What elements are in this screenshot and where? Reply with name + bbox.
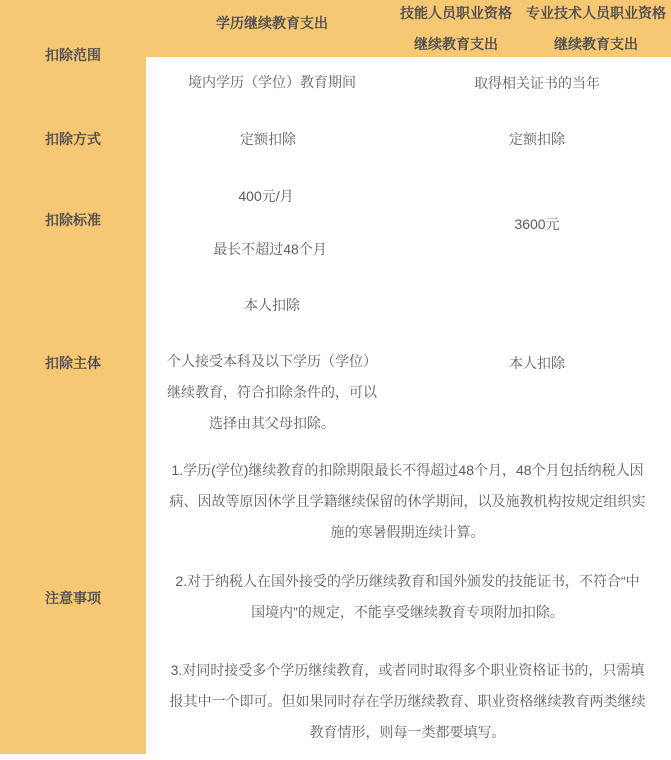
- cell-subject-degree-parents-note: 个人接受本科及以下学历（学位） 继续教育，符合扣除条件的，可以 选择由其父母扣除…: [146, 346, 398, 439]
- cell-scope-professional: 取得相关证书的当年: [474, 75, 600, 91]
- note-line: 病、因故等原因休学且学籍继续保留的休学期间，以及施教机构按规定组织实: [150, 486, 665, 517]
- row-label-deduction-subject: 扣除主体: [45, 355, 101, 371]
- cell-subject-degree-self: 本人扣除: [244, 297, 300, 313]
- cell-subject-professional-self: 本人扣除: [509, 355, 565, 371]
- cell-standard-degree-duration: 最长不超过48个月: [213, 241, 327, 257]
- row-label-deduction-scope: 扣除范围: [45, 47, 101, 63]
- cell-method-professional: 定额扣除: [509, 131, 565, 147]
- cell-method-degree: 定额扣除: [240, 131, 296, 147]
- cell-standard-degree-amount: 400元/月: [238, 188, 293, 204]
- column-header-professional-qualification-line2: 继续教育支出: [554, 36, 638, 52]
- row-label-notes: 注意事项: [45, 590, 101, 606]
- note-line: 1.学历(学位)继续教育的扣除期限最长不得超过48个月，48个月包括纳税人因: [150, 455, 665, 486]
- continuing-education-deduction-table: 学历继续教育支出 技能人员职业资格 继续教育支出 专业技术人员职业资格 继续教育…: [0, 0, 671, 760]
- note-line: 施的寒暑假期连续计算。: [150, 517, 665, 548]
- subject-note-line: 选择由其父母扣除。: [146, 408, 398, 439]
- note-line: 3.对同时接受多个学历继续教育，或者同时取得多个职业资格证书的，只需填: [150, 655, 665, 686]
- column-header-professional-qualification-line1: 专业技术人员职业资格: [526, 5, 666, 21]
- note-item-2: 2.对于纳税人在国外接受的学历继续教育和国外颁发的技能证书，不符合“中 国境内”…: [150, 566, 665, 628]
- left-label-column: [0, 0, 146, 754]
- note-item-3: 3.对同时接受多个学历继续教育，或者同时取得多个职业资格证书的，只需填 报其中一…: [150, 655, 665, 748]
- column-header-skill-qualification-line2: 继续教育支出: [414, 36, 498, 52]
- note-line: 报其中一个即可。但如果同时存在学历继续教育、职业资格继续教育两类继续: [150, 686, 665, 717]
- column-header-skill-qualification-line1: 技能人员职业资格: [400, 5, 512, 21]
- cell-scope-degree: 境内学历（学位）教育期间: [188, 74, 356, 90]
- note-line: 2.对于纳税人在国外接受的学历继续教育和国外颁发的技能证书，不符合“中: [150, 566, 665, 597]
- column-header-degree-education: 学历继续教育支出: [216, 15, 328, 31]
- row-label-deduction-method: 扣除方式: [45, 131, 101, 147]
- row-label-deduction-standard: 扣除标准: [45, 212, 101, 228]
- subject-note-line: 继续教育，符合扣除条件的，可以: [146, 377, 398, 408]
- cell-standard-professional-amount: 3600元: [514, 216, 559, 232]
- note-line: 教育情形，则每一类都要填写。: [150, 717, 665, 748]
- note-item-1: 1.学历(学位)继续教育的扣除期限最长不得超过48个月，48个月包括纳税人因 病…: [150, 455, 665, 548]
- subject-note-line: 个人接受本科及以下学历（学位）: [146, 346, 398, 377]
- note-line: 国境内”的规定，不能享受继续教育专项附加扣除。: [150, 597, 665, 628]
